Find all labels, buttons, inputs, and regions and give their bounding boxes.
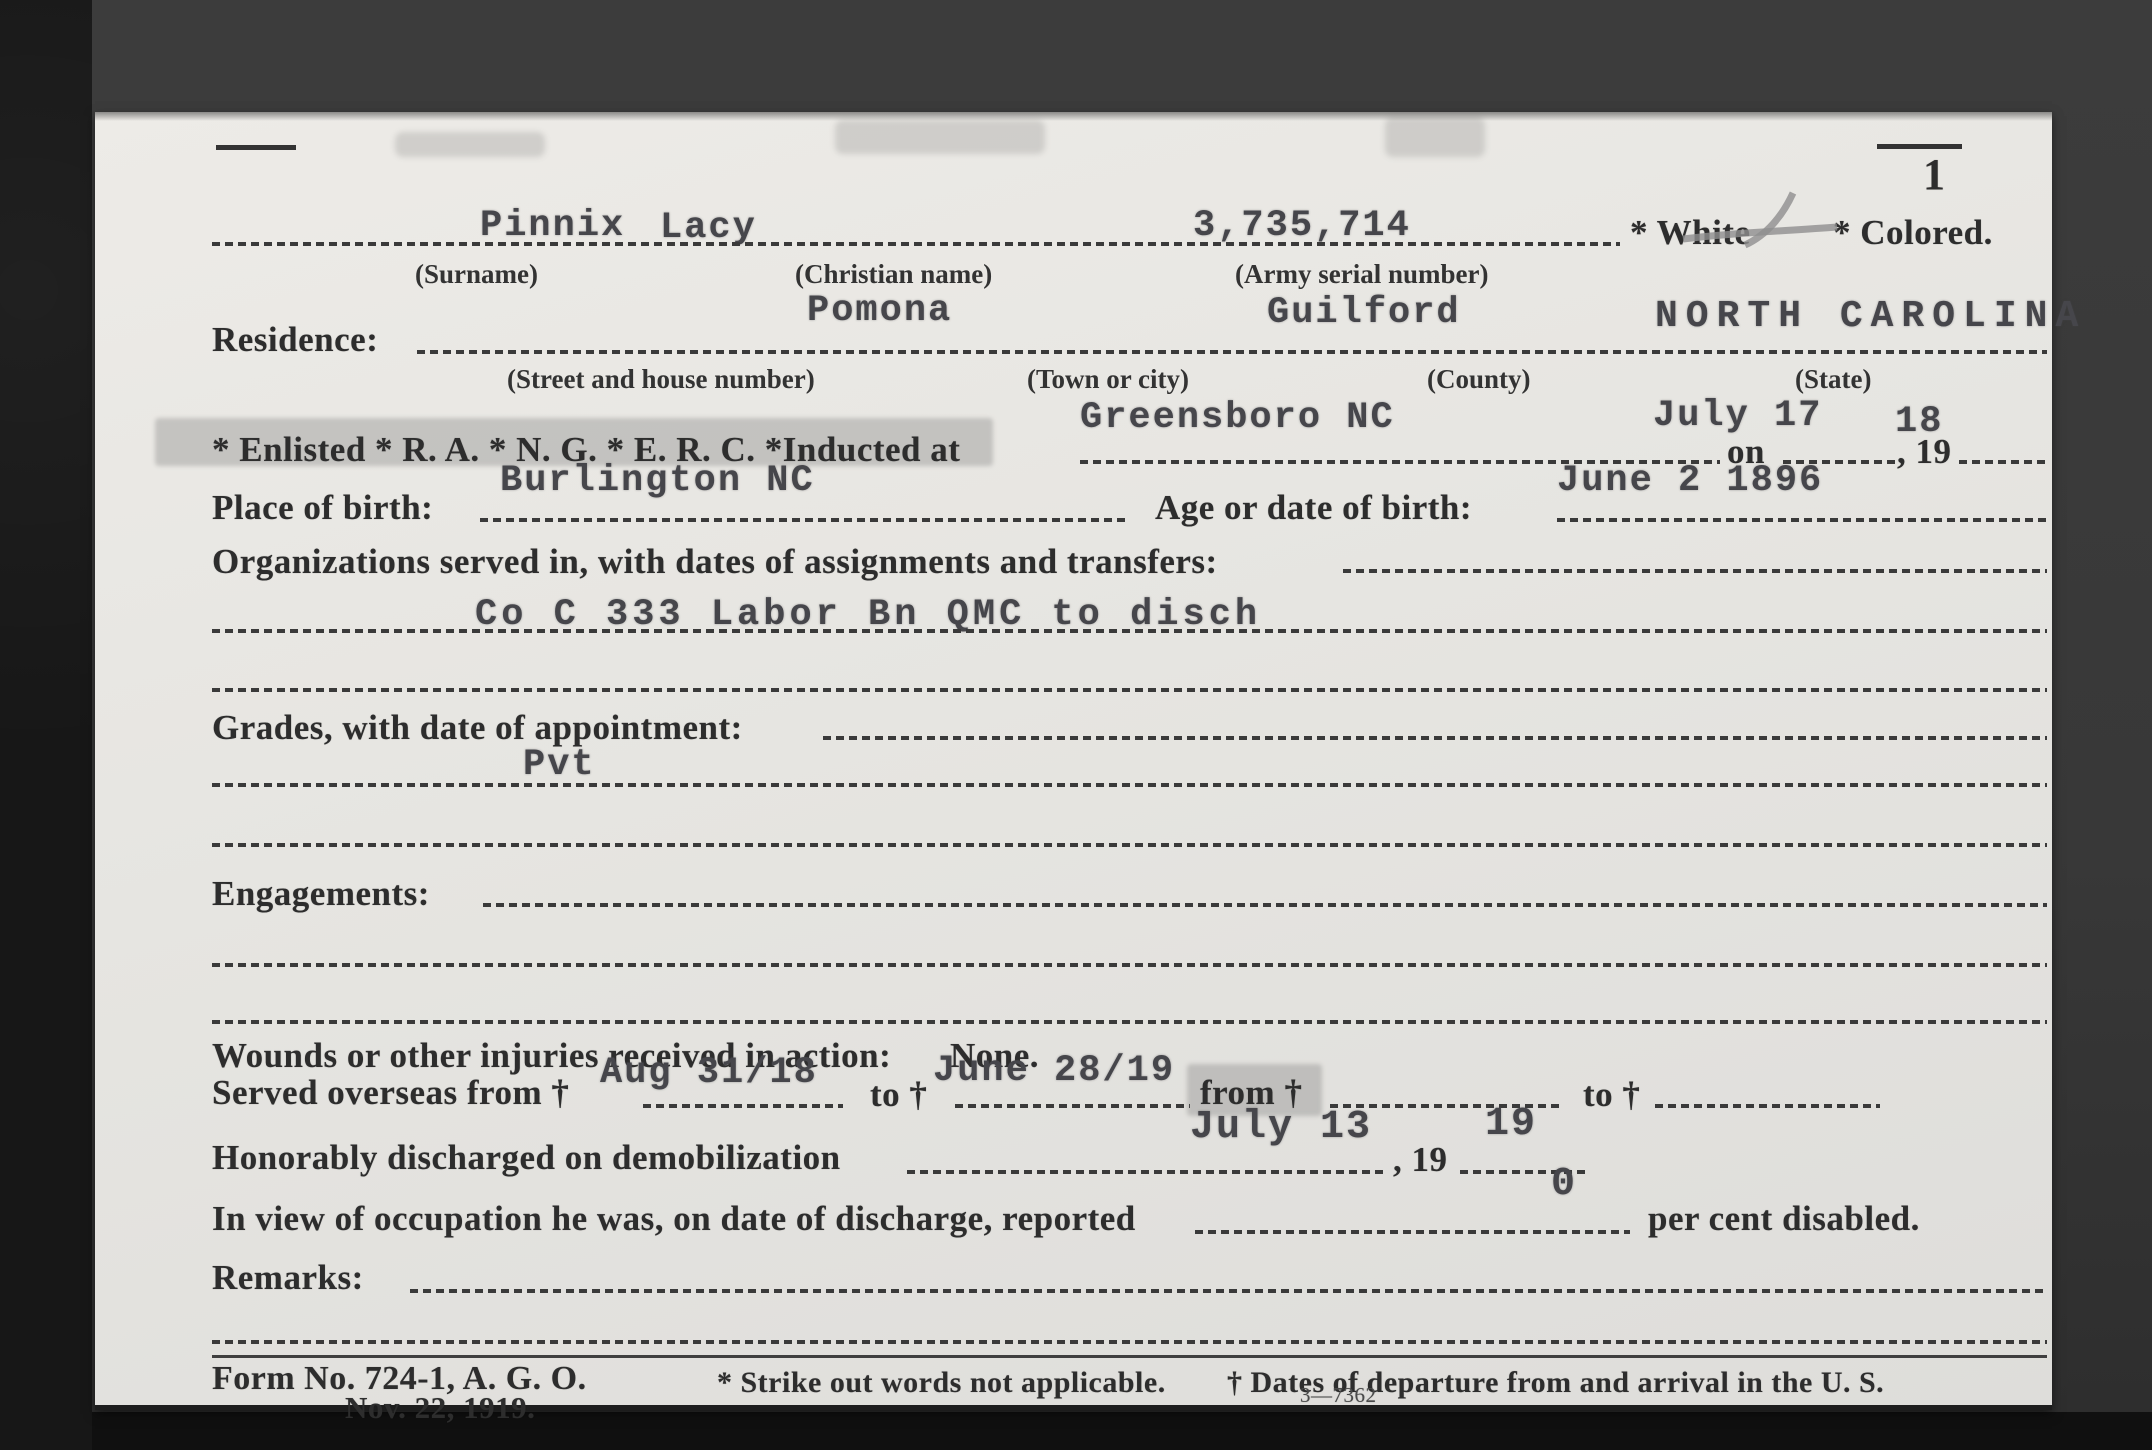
- serial-number-caption: (Army serial number): [1235, 259, 1488, 290]
- induction-year-line: [1959, 460, 2047, 464]
- overseas-from1-value: Aug 31/18: [600, 1052, 818, 1094]
- birth-place-value: Burlington NC: [500, 460, 815, 502]
- engagements-line-2: [212, 963, 2047, 967]
- grades-line-2: [212, 783, 2047, 787]
- scan-smudge: [1385, 117, 1485, 157]
- grades-label: Grades, with date of appointment:: [212, 710, 743, 747]
- engagements-line-3: [212, 1020, 2047, 1024]
- town-caption: (Town or city): [1027, 364, 1189, 395]
- grades-line-1: [823, 736, 2047, 740]
- discharge-year-value: 19: [1485, 1102, 1537, 1147]
- overseas-to1-line: [955, 1104, 1190, 1108]
- page-number: 1: [1923, 152, 1946, 198]
- scan-smudge: [395, 132, 545, 157]
- grades-value: Pvt: [523, 744, 596, 786]
- birth-place-line: [480, 518, 1125, 522]
- photo-border-left: [0, 0, 92, 1450]
- page-number-overline: [1877, 144, 1962, 149]
- birth-date-label: Age or date of birth:: [1155, 490, 1472, 527]
- discharge-date-value: July 13: [1190, 1105, 1372, 1150]
- organizations-line-3: [212, 688, 2047, 692]
- state-caption: (State): [1795, 364, 1871, 395]
- birth-date-line: [1557, 518, 2047, 522]
- birth-date-value: June 2 1896: [1557, 460, 1823, 502]
- overseas-to1-label: to †: [870, 1077, 927, 1114]
- scan-smudge: [835, 120, 1045, 154]
- remarks-line: [410, 1289, 2047, 1293]
- discharge-year-prefix: , 19: [1393, 1142, 1448, 1179]
- residence-state-value: NORTH CAROLINA: [1655, 295, 2086, 338]
- organizations-line-1: [1343, 569, 2047, 573]
- remarks-label: Remarks:: [212, 1260, 364, 1297]
- race-colored-label: * Colored.: [1833, 215, 1993, 252]
- overseas-to2-line: [1655, 1104, 1880, 1108]
- residence-town-value: Pomona: [807, 290, 952, 332]
- county-caption: (County): [1427, 364, 1531, 395]
- serial-number-value: 3,735,714: [1193, 205, 1411, 247]
- discharge-label: Honorably discharged on demobilization: [212, 1140, 841, 1177]
- disability-line: [1195, 1230, 1630, 1234]
- overseas-label: Served overseas from †: [212, 1075, 569, 1112]
- induction-date-value: July 17: [1653, 395, 1822, 437]
- induction-year-prefix: , 19: [1897, 434, 1952, 471]
- print-code: 3—7362: [1300, 1384, 1377, 1406]
- residence-label: Residence:: [212, 322, 378, 359]
- disability-label: In view of occupation he was, on date of…: [212, 1201, 1136, 1238]
- organizations-line-2: [212, 629, 2047, 633]
- discharge-line-1: [907, 1170, 1387, 1174]
- organizations-label: Organizations served in, with dates of a…: [212, 544, 1218, 581]
- overseas-to2-label: to †: [1583, 1077, 1640, 1114]
- engagements-label: Engagements:: [212, 876, 430, 913]
- footer-dotted-line: [212, 1340, 2047, 1344]
- overseas-to1-value: June 28/19: [933, 1050, 1175, 1092]
- engagements-line-1: [483, 903, 2047, 907]
- strike-note: * Strike out words not applicable.: [717, 1367, 1166, 1399]
- card-top-edge-shadow: [95, 112, 2052, 121]
- top-left-dash: [216, 145, 296, 150]
- street-caption: (Street and house number): [507, 364, 815, 395]
- discharge-year-overflow: 0: [1551, 1162, 1577, 1207]
- form-date: Nov. 22, 1919.: [345, 1392, 535, 1425]
- grades-line-3: [212, 843, 2047, 847]
- name-row-line: [212, 242, 1620, 246]
- service-record-card: 1 Pinnix Lacy 3,735,714 * White * Colore…: [95, 112, 2052, 1410]
- residence-line: [417, 350, 2047, 354]
- birth-place-label: Place of birth:: [212, 490, 433, 527]
- christian-name-caption: (Christian name): [795, 259, 992, 290]
- surname-caption: (Surname): [415, 259, 538, 290]
- residence-county-value: Guilford: [1267, 292, 1461, 334]
- overseas-from1-line: [643, 1104, 843, 1108]
- race-white-label: * White: [1630, 215, 1751, 252]
- induction-place-value: Greensboro NC: [1080, 397, 1395, 439]
- disability-suffix: per cent disabled.: [1648, 1201, 1920, 1238]
- surname-value: Pinnix: [480, 205, 625, 247]
- footer-solid-line: [212, 1355, 2047, 1358]
